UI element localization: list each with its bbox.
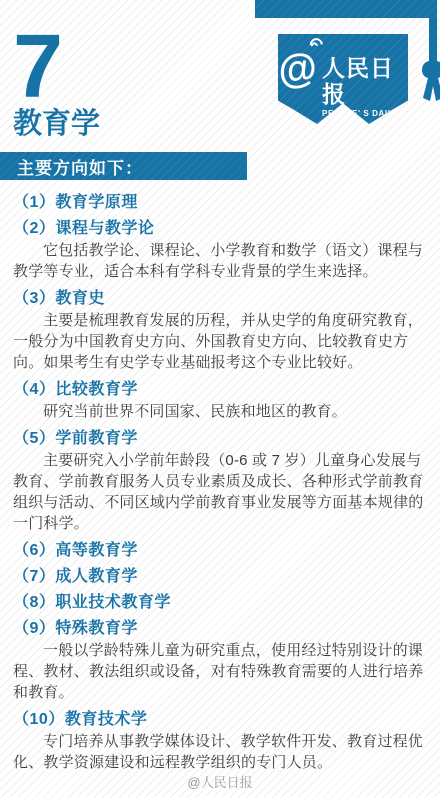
tassel-cord	[429, 17, 437, 58]
direction-desc: 它包括教学论、课程论、小学教育和数学（语文）课程与教学等专业，适合本科有学科专业…	[13, 240, 428, 282]
direction-item-6: （6）高等教育学	[13, 541, 428, 560]
direction-item-9: （9）特殊教育学 一般以学龄特殊儿童为研究重点，使用经过特别设计的课程、教材、教…	[13, 619, 428, 703]
direction-desc: 研究当前世界不同国家、民族和地区的教育。	[13, 401, 428, 422]
badge-text: 人民日报 PEOPLE' S DAILY	[322, 47, 408, 118]
peoples-daily-badge: @ 人民日报 PEOPLE' S DAILY	[278, 34, 408, 124]
direction-title: （3）教育史	[13, 289, 428, 308]
direction-title: （7）成人教育学	[13, 567, 428, 586]
direction-item-10: （10）教育技术学 专门培养从事教学媒体设计、教学软件开发、教育过程优化、教学资…	[13, 710, 428, 773]
direction-item-4: （4）比较教育学 研究当前世界不同国家、民族和地区的教育。	[13, 380, 428, 422]
direction-item-7: （7）成人教育学	[13, 567, 428, 586]
badge-logo: @ 人民日报 PEOPLE' S DAILY	[278, 34, 408, 118]
brand-name: 人民日报	[322, 55, 408, 107]
direction-title: （4）比较教育学	[13, 380, 428, 399]
section-header-bar: 主要方向如下：	[0, 152, 247, 180]
directions-list: （1）教育学原理 （2）课程与教学论 它包括教学论、课程论、小学教育和数学（语文…	[0, 180, 440, 773]
direction-title: （10）教育技术学	[13, 710, 428, 729]
brand-name-en: PEOPLE' S DAILY	[322, 109, 408, 118]
direction-desc: 主要是梳理教育发展的历程，并从史学的角度研究教育，一般分为中国教育史方向、外国教…	[13, 310, 428, 373]
header: 7 教育学 @ 人民日报 PEOPLE' S DAILY	[0, 0, 440, 152]
direction-title: （9）特殊教育学	[13, 619, 428, 638]
direction-title: （2）课程与教学论	[13, 219, 428, 238]
tassel-icon	[422, 56, 440, 106]
direction-title: （5）学前教育学	[13, 429, 428, 448]
direction-item-8: （8）职业技术教育学	[13, 593, 428, 612]
chapter-number: 7	[13, 30, 61, 104]
direction-title: （1）教育学原理	[13, 193, 428, 212]
direction-title: （8）职业技术教育学	[13, 593, 428, 612]
direction-desc: 一般以学龄特殊儿童为研究重点，使用经过特别设计的课程、教材、教法组织或设备，对有…	[13, 640, 428, 703]
direction-desc: 专门培养从事教学媒体设计、教学软件开发、教育过程优化、教学资源建设和远程教学组织…	[13, 731, 428, 773]
direction-item-5: （5）学前教育学 主要研究入小学前年龄段（0-6 或 7 岁）儿童身心发展与教育…	[13, 429, 428, 534]
direction-title: （6）高等教育学	[13, 541, 428, 560]
direction-item-2: （2）课程与教学论 它包括教学论、课程论、小学教育和数学（语文）课程与教学等专业…	[13, 219, 428, 282]
section-header-label: 主要方向如下：	[17, 154, 143, 179]
at-logo-icon: @	[275, 44, 320, 93]
page-title: 教育学	[13, 101, 100, 142]
direction-item-1: （1）教育学原理	[13, 193, 428, 212]
footer-credit: @人民日报	[0, 772, 440, 791]
graduation-cap-board	[255, 0, 437, 18]
direction-item-3: （3）教育史 主要是梳理教育发展的历程，并从史学的角度研究教育，一般分为中国教育…	[13, 289, 428, 373]
direction-desc: 主要研究入小学前年龄段（0-6 或 7 岁）儿童身心发展与教育、学前教育服务人员…	[13, 450, 428, 534]
infographic-page: { "header": { "number": "7", "title": "教…	[0, 0, 440, 798]
